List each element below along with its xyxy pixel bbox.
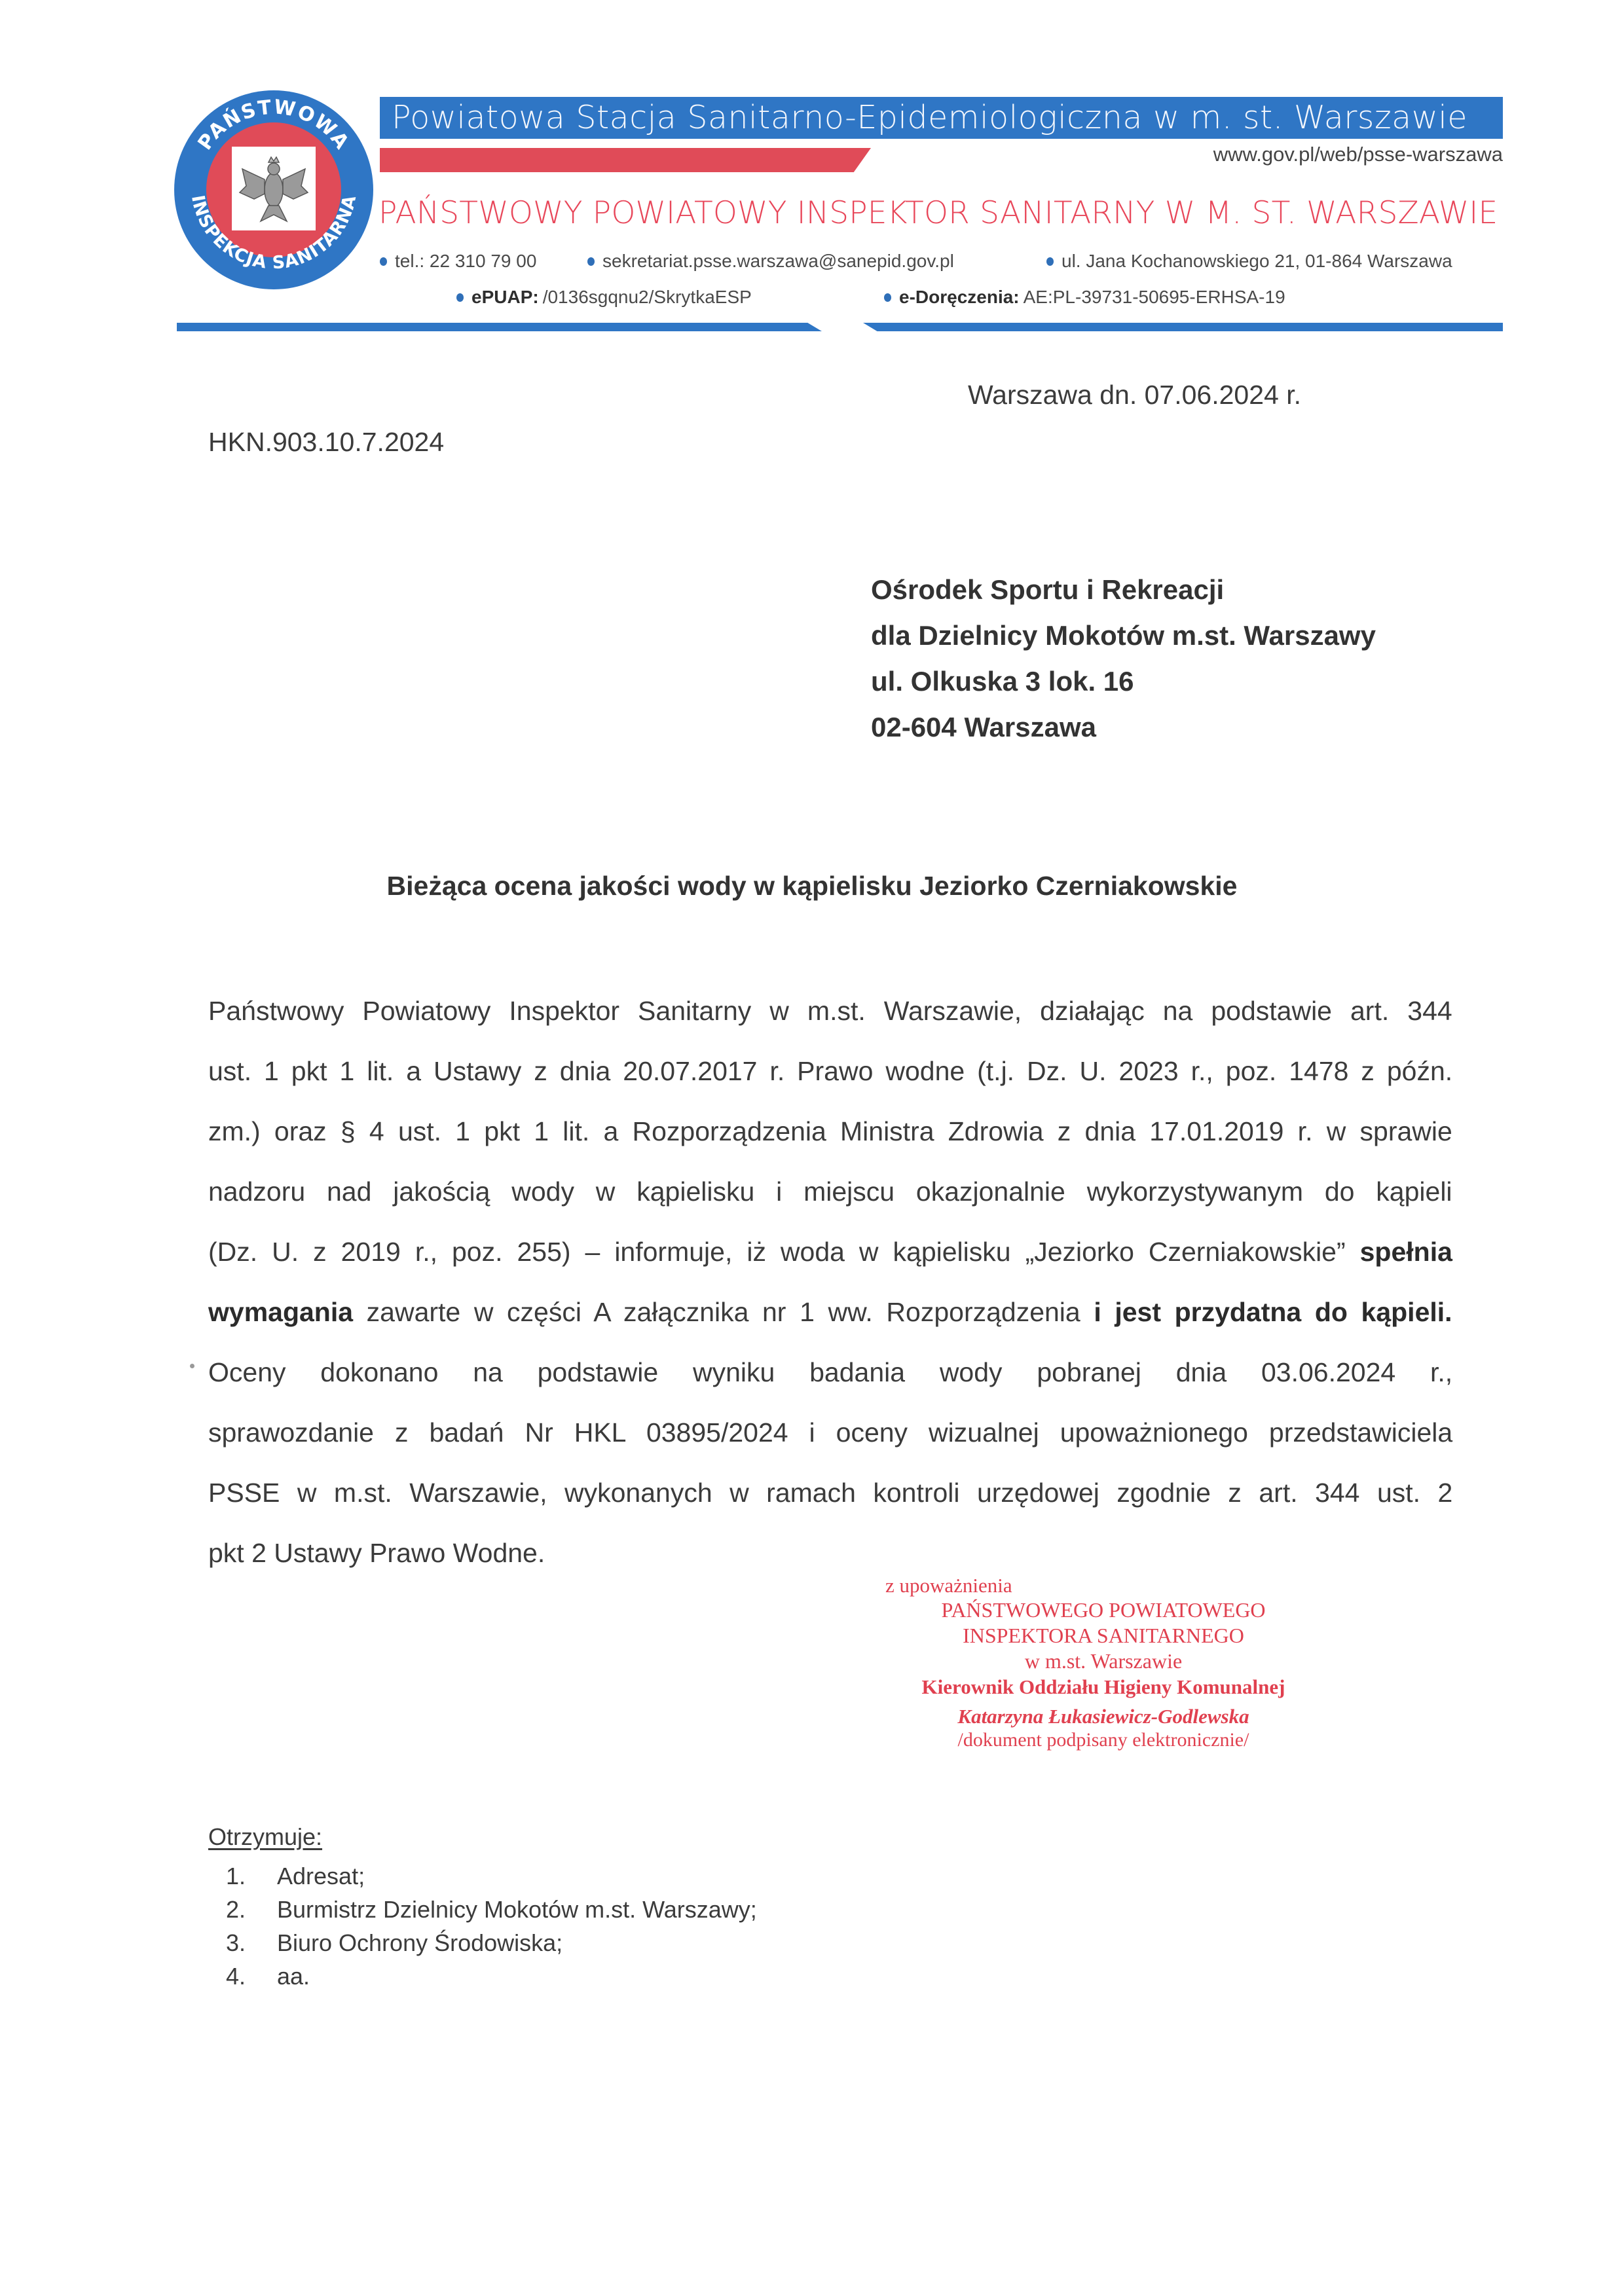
addressee-line: dla Dzielnicy Mokotów m.st. Warszawy — [871, 613, 1376, 659]
office-line: w m.st. Warszawie — [897, 1649, 1310, 1674]
addressee-line: ul. Olkuska 3 lok. 16 — [871, 659, 1376, 704]
bullet-icon — [587, 257, 595, 266]
body-text: (Dz. U. z 2019 r., poz. 255) – informuje… — [208, 1237, 1360, 1267]
office-line: PAŃSTWOWEGO POWIATOWEGO — [897, 1597, 1310, 1623]
body-line: PSSE w m.st. Warszawie, wykonanych w ram… — [208, 1463, 1452, 1523]
signatory-name: Katarzyna Łukasiewicz-Godlewska — [897, 1705, 1310, 1728]
recipients-heading: Otrzymuje: — [208, 1823, 322, 1851]
contact-address: ul. Jana Kochanowskiego 21, 01-864 Warsz… — [1046, 251, 1452, 272]
margin-mark — [190, 1364, 194, 1368]
body-line: ust. 1 pkt 1 lit. a Ustawy z dnia 20.07.… — [208, 1041, 1452, 1101]
body-line: Państwowy Powiatowy Inspektor Sanitarny … — [208, 981, 1452, 1041]
body-line: zm.) oraz § 4 ust. 1 pkt 1 lit. a Rozpor… — [208, 1101, 1452, 1161]
authority-heading: PAŃSTWOWY POWIATOWY INSPEKTOR SANITARNY … — [378, 195, 1498, 231]
body-line: sprawozdanie z badań Nr HKL 03895/2024 i… — [208, 1402, 1452, 1463]
body-text: PSSE w m.st. Warszawie, wykonanych w ram… — [208, 1478, 1452, 1508]
list-item: 1. Adresat; — [226, 1859, 757, 1893]
contact-epuap: ePUAP: /0136sgqnu2/SkrytkaESP — [456, 287, 752, 308]
bullet-icon — [380, 257, 387, 266]
bullet-icon — [884, 293, 891, 302]
authorization-note: z upoważnienia — [885, 1574, 1012, 1597]
contact-email[interactable]: sekretariat.psse.warszawa@sanepid.gov.pl — [587, 251, 954, 272]
addressee-line: 02-604 Warszawa — [871, 704, 1376, 750]
addressee-block: Ośrodek Sportu i Rekreacji dla Dzielnicy… — [871, 567, 1376, 750]
body-text: nadzoru nad jakością wody w kąpielisku i… — [208, 1176, 1452, 1207]
reference-number: HKN.903.10.7.2024 — [208, 427, 444, 458]
body-text: sprawozdanie z badań Nr HKL 03895/2024 i… — [208, 1417, 1452, 1448]
body-text: ust. 1 pkt 1 lit. a Ustawy z dnia 20.07.… — [208, 1056, 1452, 1086]
list-item: 2. Burmistrz Dzielnicy Mokotów m.st. War… — [226, 1893, 757, 1926]
letter-body: Państwowy Powiatowy Inspektor Sanitarny … — [208, 981, 1452, 1583]
letter-date: Warszawa dn. 07.06.2024 r. — [968, 380, 1301, 410]
emphasis-text: spełnia — [1360, 1237, 1452, 1267]
list-item: 3. Biuro Ochrony Środowiska; — [226, 1926, 757, 1959]
body-text: zawarte w części A załącznika nr 1 ww. R… — [353, 1297, 1094, 1327]
contact-edoreczenia: e-Doręczenia: AE:PL-39731-50695-ERHSA-19 — [884, 287, 1285, 308]
body-line: wymagania zawarte w części A załącznika … — [208, 1282, 1452, 1342]
body-text: zm.) oraz § 4 ust. 1 pkt 1 lit. a Rozpor… — [208, 1116, 1452, 1146]
body-text: Oceny dokonano na podstawie wyniku badan… — [208, 1357, 1452, 1387]
bullet-icon — [456, 293, 464, 302]
list-item: 4. aa. — [226, 1959, 757, 1993]
eagle-emblem-icon: PAŃSTWOWA INSPEKCJA SANITARNA — [172, 88, 376, 292]
contact-phone: tel.: 22 310 79 00 — [380, 251, 536, 272]
header-divider-right — [863, 323, 1503, 331]
header-red-stripe — [380, 148, 871, 172]
addressee-line: Ośrodek Sportu i Rekreacji — [871, 567, 1376, 613]
website-link[interactable]: www.gov.pl/web/psse-warszawa — [1213, 143, 1503, 166]
office-line: INSPEKTORA SANITARNEGO — [897, 1623, 1310, 1649]
signature-office: PAŃSTWOWEGO POWIATOWEGO INSPEKTORA SANIT… — [897, 1597, 1310, 1700]
station-name: Powiatowa Stacja Sanitarno-Epidemiologic… — [392, 98, 1467, 137]
body-text: pkt 2 Ustawy Prawo Wodne. — [208, 1538, 545, 1568]
letter-title: Bieżąca ocena jakości wody w kąpielisku … — [0, 871, 1624, 902]
header-divider-left — [177, 323, 822, 331]
recipients-list: 1. Adresat; 2. Burmistrz Dzielnicy Mokot… — [226, 1859, 757, 1993]
body-text: Państwowy Powiatowy Inspektor Sanitarny … — [208, 996, 1452, 1026]
bullet-icon — [1046, 257, 1054, 266]
body-line: (Dz. U. z 2019 r., poz. 255) – informuje… — [208, 1222, 1452, 1282]
emphasis-text: wymagania — [208, 1297, 353, 1327]
body-line: Oceny dokonano na podstawie wyniku badan… — [208, 1342, 1452, 1402]
body-line: pkt 2 Ustawy Prawo Wodne. — [208, 1523, 1452, 1583]
inspection-logo: PAŃSTWOWA INSPEKCJA SANITARNA — [172, 88, 376, 292]
e-signature-note: /dokument podpisany elektronicznie/ — [897, 1729, 1310, 1751]
emphasis-text: i jest przydatna do kąpieli. — [1094, 1297, 1452, 1327]
body-line: nadzoru nad jakością wody w kąpielisku i… — [208, 1161, 1452, 1222]
signatory-position: Kierownik Oddziału Higieny Komunalnej — [897, 1674, 1310, 1700]
